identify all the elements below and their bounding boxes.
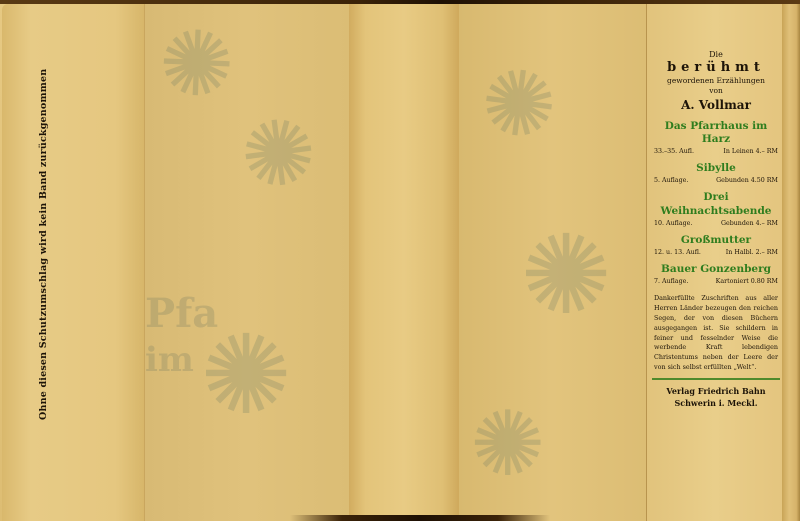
- green-divider: [652, 378, 780, 380]
- publisher-advertisement: Die berühmt gewordenen Erzählungen von A…: [650, 50, 782, 409]
- book-edition: 5. Auflage.: [654, 177, 688, 184]
- book-entry: Das Pfarrhaus im Harz 33.–35. Aufl. In L…: [650, 120, 782, 155]
- book-price: Kartoniert 0.80 RM: [716, 278, 778, 285]
- author-name: A. Vollmar: [650, 98, 782, 112]
- book-title: Sibylle: [650, 162, 782, 175]
- return-policy-note: Ohne diesen Schutzumschlag wird kein Ban…: [38, 69, 49, 420]
- intro-famous: berühmt: [650, 60, 782, 75]
- intro-die: Die: [650, 50, 782, 59]
- book-edition: 10. Auflage.: [654, 220, 692, 227]
- publisher-location: Schwerin i. Meckl.: [650, 398, 782, 410]
- book-price: Gebunden 4.50 RM: [716, 177, 778, 184]
- front-cover-inside: [459, 4, 646, 521]
- show-through-title-text: im: [145, 340, 194, 380]
- book-edition: 12. u. 13. Aufl.: [654, 249, 701, 256]
- book-edition: 33.–35. Aufl.: [654, 148, 694, 155]
- book-title: Drei Weihnachtsabende: [650, 191, 782, 217]
- back-cover: [144, 4, 349, 521]
- left-flap: [2, 4, 144, 521]
- right-fold-edge: [782, 4, 800, 521]
- book-price: In Leinen 4.– RM: [723, 148, 778, 155]
- intro-subtitle: gewordenen Erzählungen: [650, 76, 782, 85]
- publisher-name: Verlag Friedrich Bahn: [650, 386, 782, 398]
- book-entry: Großmutter 12. u. 13. Aufl. In Halbl. 2.…: [650, 234, 782, 256]
- spine: [349, 4, 459, 521]
- book-title: Großmutter: [650, 234, 782, 247]
- book-title: Das Pfarrhaus im Harz: [650, 120, 782, 146]
- publisher-imprint: Verlag Friedrich Bahn Schwerin i. Meckl.: [650, 386, 782, 409]
- dust-jacket: ✺ ✺ ✺ ✺ ✺ ✺ Pfa im Ohne diesen Schutzums…: [0, 0, 800, 521]
- book-entry: Sibylle 5. Auflage. Gebunden 4.50 RM: [650, 162, 782, 184]
- book-entry: Bauer Gonzenberg 7. Auflage. Kartoniert …: [650, 263, 782, 285]
- bottom-torn-edge: [290, 515, 550, 521]
- intro-von: von: [650, 86, 782, 95]
- book-entry: Drei Weihnachtsabende 10. Auflage. Gebun…: [650, 191, 782, 226]
- book-title: Bauer Gonzenberg: [650, 263, 782, 276]
- book-price: Gebunden 4.– RM: [721, 220, 778, 227]
- testimonial-blurb: Dankerfüllte Zuschriften aus aller Herre…: [650, 292, 782, 373]
- book-edition: 7. Auflage.: [654, 278, 688, 285]
- book-price: In Halbl. 2.– RM: [726, 249, 778, 256]
- show-through-title-text: Pfa: [145, 290, 218, 337]
